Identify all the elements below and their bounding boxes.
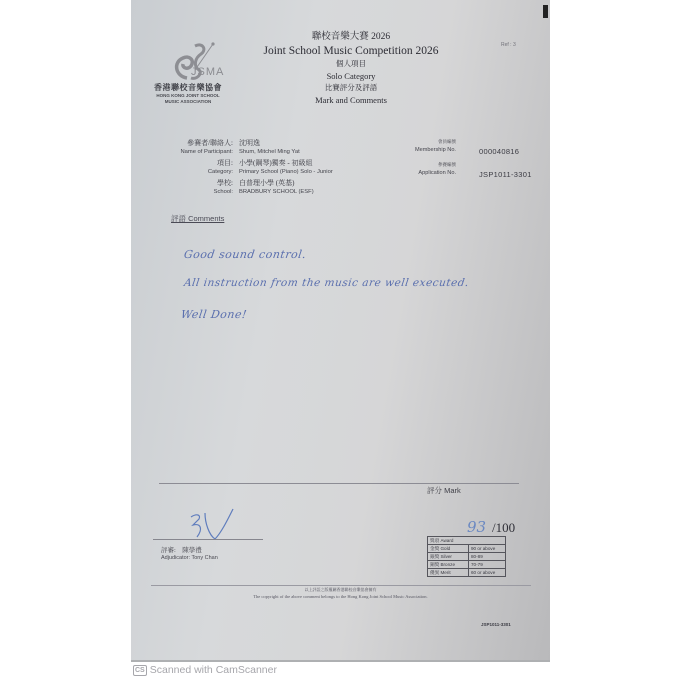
award-table-header: 獎項 Award [428, 537, 506, 545]
award-table: 獎項 Award 金獎 Gold90 or above 銀獎 Silver80-… [427, 536, 506, 577]
document-code: JSP1011-3301 [481, 622, 511, 627]
application-number: JSP1011-3301 [479, 170, 532, 179]
score-max: /100 [492, 520, 515, 536]
watermark-text: Scanned with CamScanner [150, 664, 277, 676]
title-cn: 聯校音樂大賽 2026 [231, 31, 471, 44]
application-label-cn: 參賽編號 [331, 162, 456, 168]
category-en: Solo Category [231, 70, 471, 82]
org-name-en: HONG KONG JOINT SCHOOL MUSIC ASSOCIATION [143, 93, 233, 105]
category-label-cn: 項目: [131, 158, 233, 168]
reference-number: Ref : 3 [501, 42, 516, 48]
comment-line: Well Done! [180, 308, 248, 321]
school-en: BRADBURY SCHOOL (ESF) [239, 189, 314, 195]
subtitle-cn: 比賽評分及評語 [231, 82, 471, 94]
logo-acronym: JSMA [191, 66, 224, 78]
membership-label-en: Membership No. [331, 147, 456, 153]
table-row: 銀獎 Silver80-89 [428, 553, 506, 561]
signature-line [153, 539, 263, 540]
category-value-cn: 小學(鋼琴)獨奏 - 初級組 [239, 158, 313, 168]
name-cn: 沈明逸 [239, 138, 260, 148]
category-cn: 個人項目 [231, 58, 471, 70]
adjudicator-signature [187, 507, 237, 543]
school-label-en: School: [131, 189, 233, 195]
application-label-en: Application No. [331, 170, 456, 176]
page-edge [131, 660, 550, 662]
table-row: 優異 Merit60 or above [428, 569, 506, 577]
score-sheet-page: JSMA 香港聯校音樂協會 HONG KONG JOINT SCHOOL MUS… [131, 0, 550, 662]
name-en: Shum, Mitchel Ming Yat [239, 149, 300, 155]
comments-heading: 評語 Comments [171, 213, 224, 224]
copyright-en: The copyright of the above comment belon… [131, 594, 550, 599]
mark-label: 評分 Mark [427, 485, 461, 496]
document-title-block: 聯校音樂大賽 2026 Joint School Music Competiti… [231, 31, 471, 106]
membership-number: 000040816 [479, 147, 519, 156]
camscanner-icon: CS [133, 665, 147, 676]
category-label-en: Category: [131, 169, 233, 175]
adjudicator-label-cn: 評審: 陳學禮 [161, 545, 202, 554]
camscanner-watermark: CS Scanned with CamScanner [133, 664, 277, 676]
mark-divider [159, 483, 519, 484]
subtitle-en: Mark and Comments [231, 94, 471, 106]
name-label-en: Name of Participant: [131, 149, 233, 155]
footer-divider [151, 585, 531, 586]
jsma-logo: JSMA 香港聯校音樂協會 HONG KONG JOINT SCHOOL MUS… [143, 36, 233, 116]
table-row: 金獎 Gold90 or above [428, 545, 506, 553]
comment-line: All instruction from the music are well … [183, 277, 470, 289]
table-row: 銅獎 Bronze70-79 [428, 561, 506, 569]
comment-line: Good sound control. [183, 248, 307, 261]
binder-clip-mark [543, 5, 548, 18]
org-name-cn: 香港聯校音樂協會 [143, 82, 233, 93]
name-label-cn: 參賽者/聯絡人: [131, 138, 233, 148]
score-value: 93 [467, 518, 486, 536]
copyright-cn: 以上評語之版權屬香港聯校音樂協會擁有 [131, 587, 550, 593]
adjudicator-label-en: Adjudicator: Tony Chan [161, 555, 218, 561]
category-value-en: Primary School (Piano) Solo - Junior [239, 169, 333, 175]
membership-label-cn: 會員編號 [331, 139, 456, 145]
title-en: Joint School Music Competition 2026 [231, 44, 471, 58]
school-label-cn: 學校: [131, 178, 233, 188]
school-cn: 白普理小學 (英基) [239, 178, 294, 188]
